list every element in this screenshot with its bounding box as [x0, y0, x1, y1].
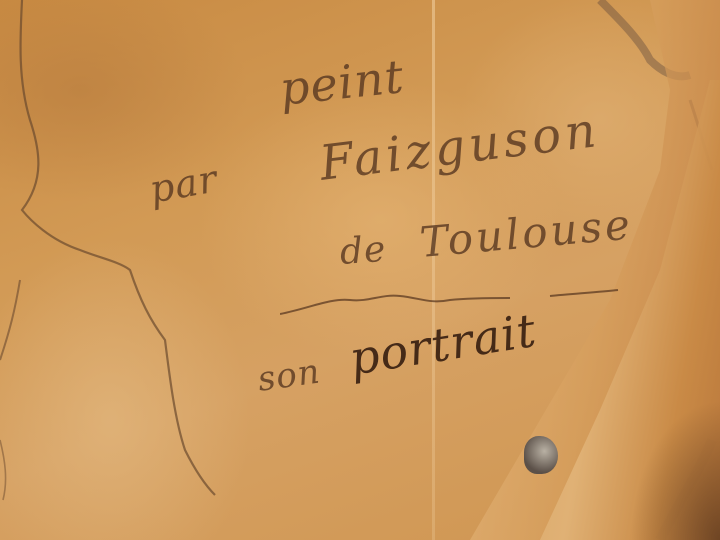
paper-tear-hole: [524, 436, 558, 474]
dark-stain-corner: [630, 400, 720, 540]
inscription-artist-name: Faizguson: [317, 102, 603, 192]
inscription-son: son: [255, 351, 323, 399]
aged-paper-photo: peint par Faizguson de Toulouse son port…: [0, 0, 720, 540]
paper-fold-crease: [432, 0, 435, 540]
inscription-par: par: [146, 156, 221, 211]
inscription-city: Toulouse: [418, 200, 635, 267]
ink-flourish-line: [280, 286, 620, 316]
inscription-de: de: [339, 229, 388, 273]
inscription-peint: peint: [277, 49, 406, 116]
